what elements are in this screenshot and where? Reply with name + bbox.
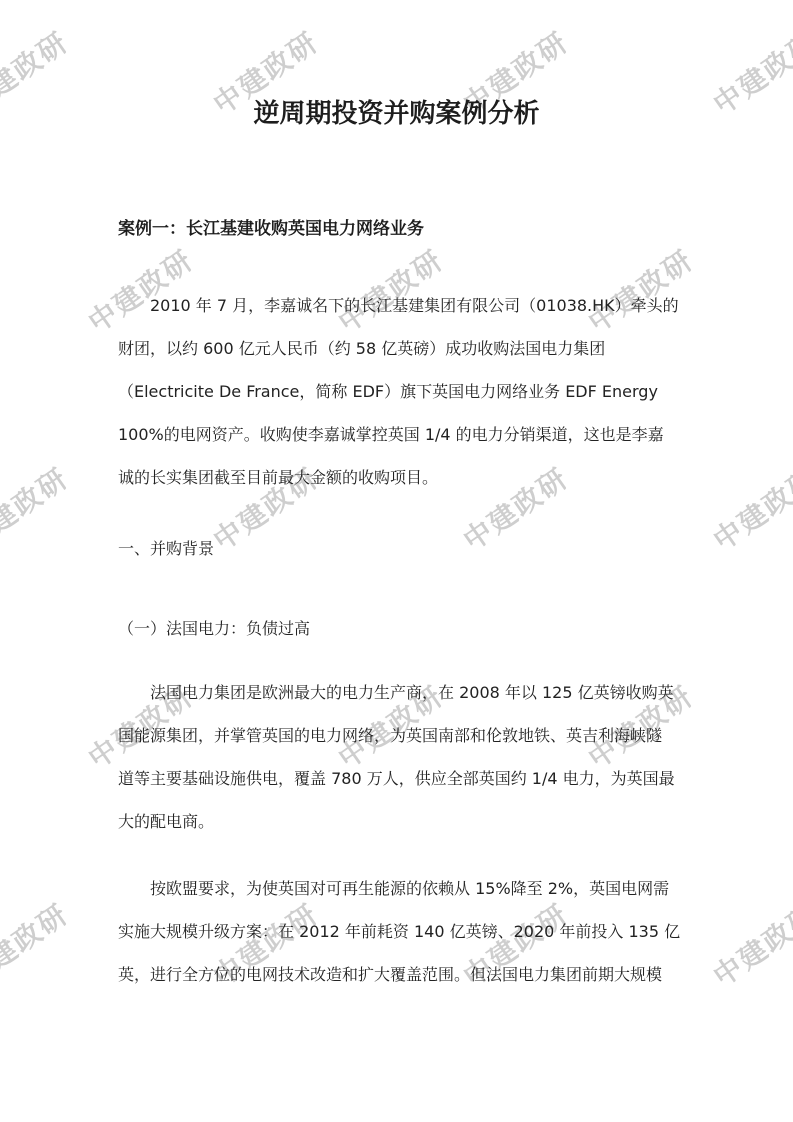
- text-line: 道等主要基础设施供电，覆盖 780 万人，供应全部英国约 1/4 电力，为英国最: [118, 757, 678, 800]
- text-line: 实施大规模升级方案：在 2012 年前耗资 140 亿英镑、2020 年前投入 …: [118, 910, 678, 953]
- watermark-text: 中建政研: [704, 457, 793, 559]
- text-line: 大的配电商。: [118, 800, 678, 843]
- section-1-heading: 一、并购背景: [118, 527, 678, 570]
- watermark-text: 中建政研: [0, 893, 76, 995]
- text-line: 100%的电网资产。收购使李嘉诚掌控英国 1/4 的电力分销渠道，这也是李嘉: [118, 413, 678, 456]
- paragraph-3: 按欧盟要求，为使英国对可再生能源的依赖从 15%降至 2%，英国电网需实施大规模…: [118, 867, 678, 996]
- text-line: 英，进行全方位的电网技术改造和扩大覆盖范围。但法国电力集团前期大规模: [118, 953, 678, 996]
- case-heading: 案例一：长江基建收购英国电力网络业务: [118, 208, 678, 251]
- document-page: 中建政研中建政研中建政研中建政研中建政研中建政研中建政研中建政研中建政研中建政研…: [0, 0, 793, 1122]
- paragraph-2: 法国电力集团是欧洲最大的电力生产商，在 2008 年以 125 亿英镑收购英国能…: [118, 671, 678, 843]
- document-title: 逆周期投资并购案例分析: [0, 96, 793, 132]
- text-line: 法国电力集团是欧洲最大的电力生产商，在 2008 年以 125 亿英镑收购英: [118, 671, 678, 714]
- text-line: （Electricite De France，简称 EDF）旗下英国电力网络业务…: [118, 370, 678, 413]
- text-line: 2010 年 7 月，李嘉诚名下的长江基建集团有限公司（01038.HK）牵头的: [118, 284, 678, 327]
- watermark-text: 中建政研: [704, 893, 793, 995]
- paragraph-1: 2010 年 7 月，李嘉诚名下的长江基建集团有限公司（01038.HK）牵头的…: [118, 284, 678, 499]
- text-line: 诚的长实集团截至目前最大金额的收购项目。: [118, 456, 678, 499]
- text-line: 国能源集团，并掌管英国的电力网络，为英国南部和伦敦地铁、英吉利海峡隧: [118, 714, 678, 757]
- text-line: 财团，以约 600 亿元人民币（约 58 亿英磅）成功收购法国电力集团: [118, 327, 678, 370]
- text-line: 按欧盟要求，为使英国对可再生能源的依赖从 15%降至 2%，英国电网需: [118, 867, 678, 910]
- subsection-1-heading: （一）法国电力：负债过高: [118, 607, 678, 650]
- watermark-text: 中建政研: [0, 457, 76, 559]
